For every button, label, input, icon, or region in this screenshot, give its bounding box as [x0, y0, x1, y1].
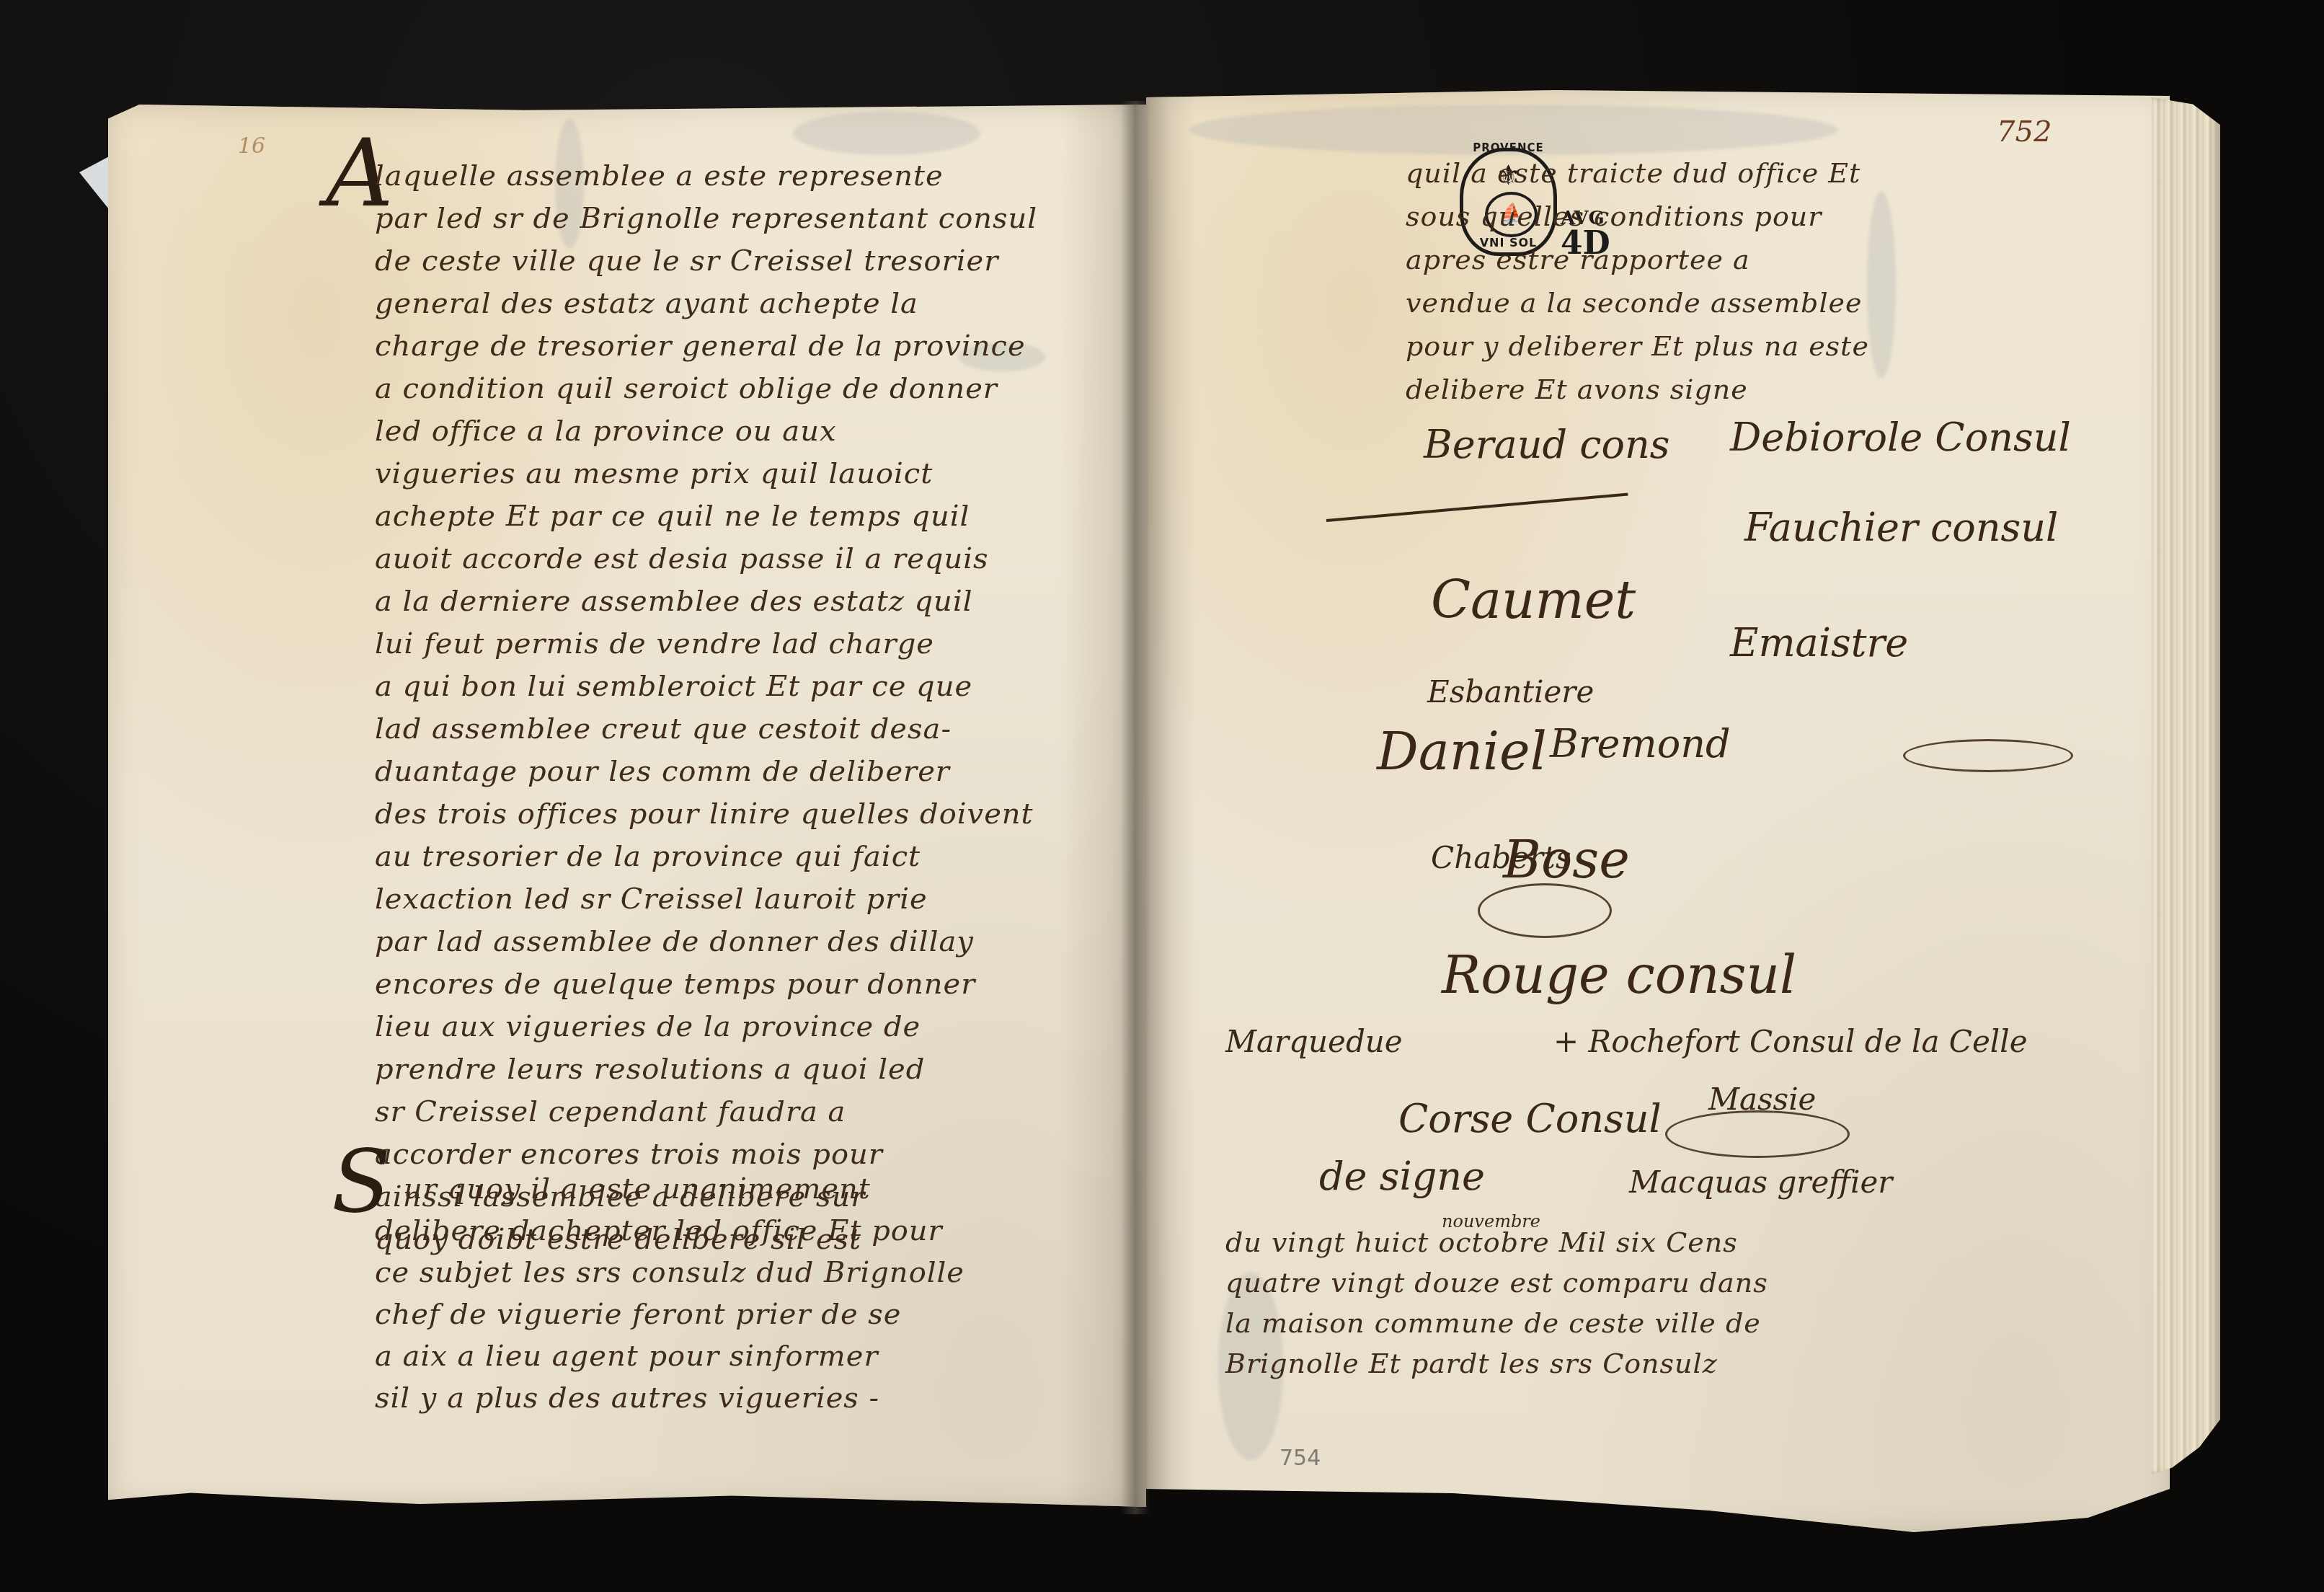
- archive-pencil-number: 754: [1279, 1446, 1321, 1471]
- manuscript-line: achepte Et par ce quil ne le temps quil: [375, 495, 1037, 538]
- manuscript-line: delibere Et avons signe: [1406, 368, 1869, 411]
- manuscript-line: lad assemblee creut que cestoit desa-: [375, 708, 1037, 751]
- manuscript-line: vigueries au mesme prix quil lauoict: [375, 453, 1037, 495]
- signature: Fauchier consul: [1744, 505, 2058, 550]
- manuscript-line: charge de tresorier general de la provin…: [375, 325, 1037, 368]
- manuscript-line: quil a este traicte dud office Et: [1406, 151, 1869, 195]
- signature-flourish: [1478, 883, 1612, 938]
- manuscript-line: par led sr de Brignolle representant con…: [375, 198, 1037, 240]
- manuscript-line: a condition quil seroict oblige de donne…: [375, 368, 1037, 410]
- stacked-page-edges: [2152, 97, 2220, 1474]
- manuscript-line: prendre leurs resolutions a quoi led: [375, 1048, 1037, 1091]
- manuscript-line: a la derniere assemblee des estatz quil: [375, 580, 1037, 623]
- scanned-manuscript-spread: 16 A laquelle assemblee a este represent…: [0, 0, 2324, 1592]
- manuscript-line: chef de viguerie feront prier de se: [375, 1293, 964, 1335]
- manuscript-line: la maison commune de ceste ville de: [1225, 1303, 1768, 1343]
- signature: Bose: [1503, 829, 1630, 890]
- manuscript-line: auoit accorde est desia passe il a requi…: [375, 538, 1037, 580]
- book-gutter: [1121, 101, 1150, 1514]
- manuscript-line: led office a la province ou aux: [375, 410, 1037, 453]
- signature-flourish: [1665, 1110, 1850, 1158]
- signature: + Rochefort Consul de la Celle: [1553, 1024, 2028, 1059]
- manuscript-line: a qui bon lui sembleroict Et par ce que: [375, 665, 1037, 708]
- manuscript-line: ur quoy il a este unanimement: [375, 1168, 964, 1210]
- manuscript-line: encores de quelque temps pour donner: [375, 963, 1037, 1006]
- manuscript-line: sil y a plus des autres vigueries -: [375, 1377, 964, 1419]
- signature: Macquas greffier: [1629, 1164, 1892, 1200]
- signature: Bremond: [1550, 721, 1731, 766]
- manuscript-line: quatre vingt douze est comparu dans: [1225, 1262, 1768, 1303]
- manuscript-line: general des estatz ayant achepte la: [375, 283, 1037, 325]
- signature: Daniel: [1377, 721, 1547, 782]
- folio-number: 752: [1997, 115, 2052, 149]
- signature: Debiorole Consul: [1730, 415, 2071, 460]
- left-folio-marking: 16: [238, 133, 265, 159]
- manuscript-line: lui feut permis de vendre lad charge: [375, 623, 1037, 665]
- signature: Esbantiere: [1427, 674, 1594, 709]
- manuscript-line: des trois offices pour linire quelles do…: [375, 793, 1037, 836]
- manuscript-line: Brignolle Et pardt les srs Consulz: [1225, 1343, 1768, 1384]
- manuscript-line: de ceste ville que le sr Creissel tresor…: [375, 240, 1037, 283]
- manuscript-line: vendue a la seconde assemblee: [1406, 281, 1869, 324]
- water-stain: [793, 112, 980, 155]
- manuscript-line: par lad assemblee de donner des dillay: [375, 921, 1037, 963]
- manuscript-line: ce subjet les srs consulz dud Brignolle: [375, 1252, 964, 1293]
- signature-flourish: [1903, 739, 2073, 772]
- signature: Emaistre: [1730, 620, 1908, 665]
- manuscript-line: lieu aux vigueries de la province de: [375, 1006, 1037, 1048]
- signature: Rouge consul: [1442, 945, 1796, 1005]
- manuscript-line: duantage pour les comm de deliberer: [375, 751, 1037, 793]
- manuscript-line: lexaction led sr Creissel lauroit prie: [375, 878, 1037, 921]
- right-opening-text: quil a este traicte dud office Et sous q…: [1406, 151, 1869, 411]
- right-closing-text: du vingt huict octobre Mil six Cens quat…: [1225, 1222, 1768, 1384]
- signature: Beraud cons: [1424, 422, 1669, 467]
- manuscript-line: apres estre rapportee a: [1406, 238, 1869, 281]
- torn-paper-flap: [79, 155, 112, 213]
- manuscript-line: pour y deliberer Et plus na este: [1406, 324, 1869, 368]
- manuscript-line: sr Creissel cependant faudra a: [375, 1091, 1037, 1133]
- signature: de signe: [1319, 1154, 1485, 1199]
- manuscript-line: au tresorier de la province qui faict: [375, 836, 1037, 878]
- left-paragraph-2: ur quoy il a este unanimement delibere d…: [375, 1168, 964, 1419]
- signature: Marquedue: [1225, 1024, 1403, 1059]
- left-paragraph-1: laquelle assemblee a este represente par…: [375, 155, 1037, 1261]
- manuscript-line: a aix a lieu agent pour sinformer: [375, 1335, 964, 1377]
- signature: Corse Consul: [1398, 1096, 1662, 1141]
- manuscript-line: laquelle assemblee a este represente: [375, 155, 1037, 198]
- manuscript-line: sous quelles conditions pour: [1406, 195, 1869, 238]
- manuscript-line: du vingt huict octobre Mil six Cens: [1225, 1222, 1768, 1262]
- signature: Caumet: [1431, 570, 1636, 630]
- water-stain: [1867, 191, 1896, 379]
- manuscript-line: delibere dachepter led office Et pour: [375, 1210, 964, 1252]
